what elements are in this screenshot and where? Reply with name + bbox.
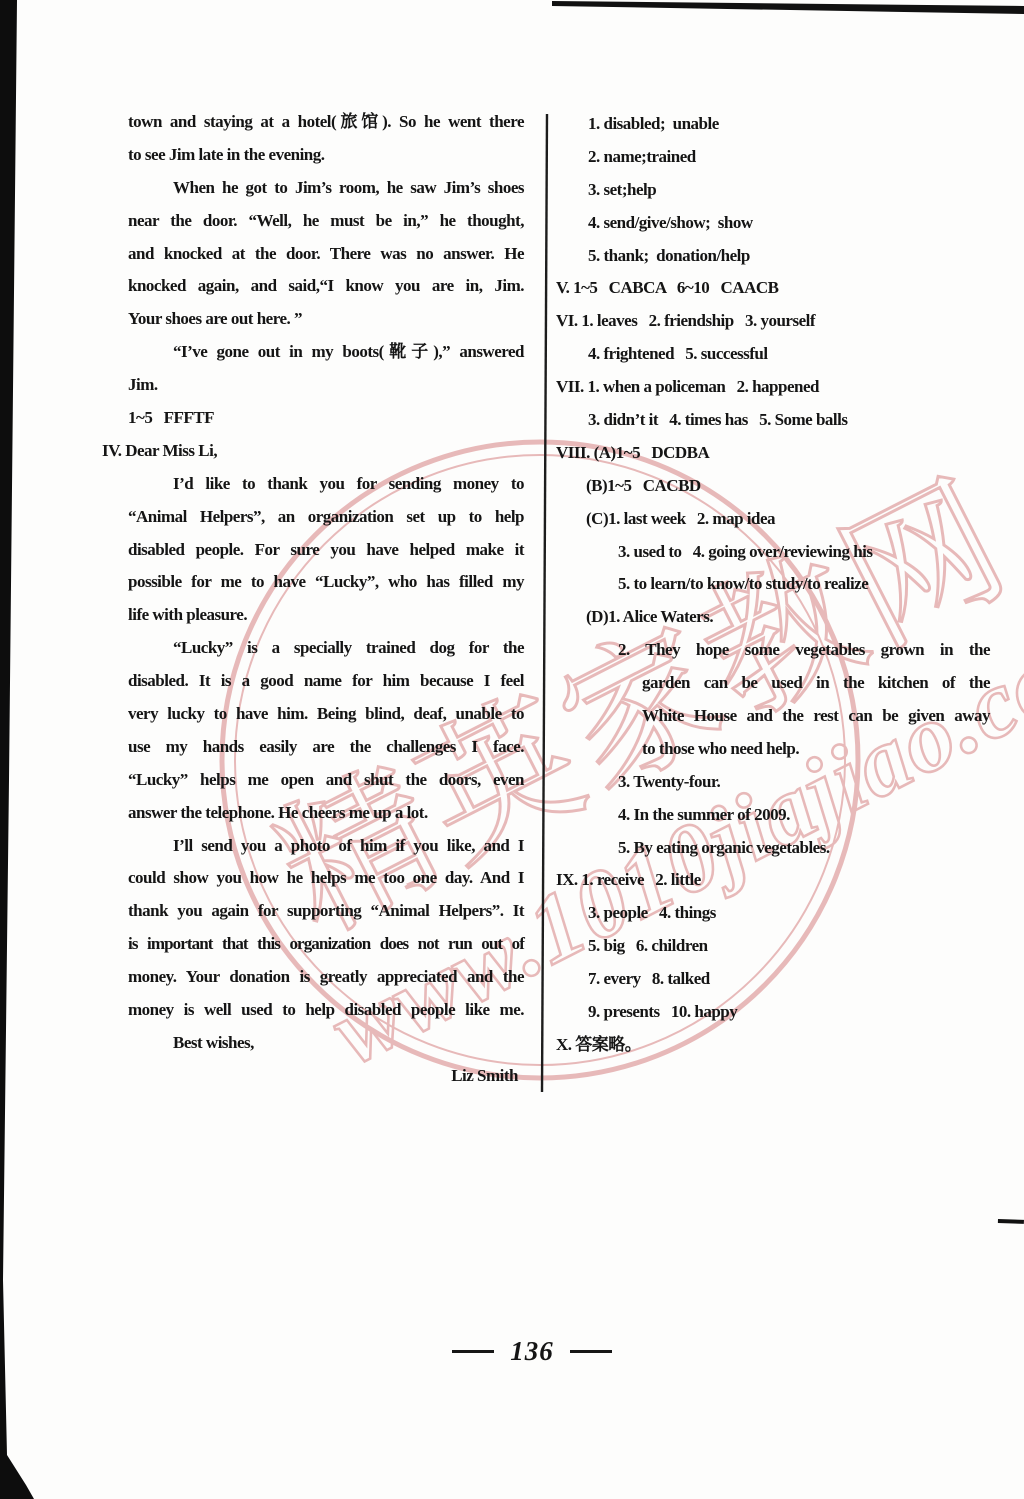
text-line: (D)1. Alice Waters. <box>556 601 990 634</box>
text-line: “I’ve gone out in my boots(靴子),” answere… <box>128 336 524 369</box>
text-line: Best wishes, <box>128 1027 524 1060</box>
text-line: 3. set;help <box>556 174 990 207</box>
text-line: VIII. (A)1~5 DCDBA <box>556 437 990 470</box>
text-line: 4. In the summer of 2009. <box>556 799 990 832</box>
text-line: IX. 1. receive 2. little <box>556 864 990 897</box>
text-line: 2. name;trained <box>556 141 990 174</box>
text-line: money. Your donation is greatly apprecia… <box>128 961 524 994</box>
text-line: 7. every 8. talked <box>556 963 990 996</box>
text-line: near the door. “Well, he must be in,” he… <box>128 205 524 238</box>
text-line: “Lucky” helps me open and shut the doors… <box>128 764 524 797</box>
text-line: V. 1~5 CABCA 6~10 CAACB <box>556 272 990 305</box>
text-line: 4. frightened 5. successful <box>556 338 990 371</box>
text-line: (C)1. last week 2. map idea <box>556 503 990 536</box>
column-divider <box>542 114 547 1092</box>
text-line: 3. Twenty-four. <box>556 766 990 799</box>
text-line: X. 答案略。 <box>556 1029 990 1062</box>
text-line: could show you how he helps me too one d… <box>128 862 524 895</box>
text-line: to those who need help. <box>556 733 990 766</box>
text-line: 2. They hope some vegetables grown in th… <box>556 634 990 667</box>
text-line: town and staying at a hotel(旅馆). So he w… <box>128 106 524 139</box>
text-line: IV. Dear Miss Li, <box>102 435 524 468</box>
text-line: 5. thank; donation/help <box>556 240 990 273</box>
text-line: thank you again for supporting “Animal H… <box>128 895 524 928</box>
top-edge-line <box>552 1 1024 14</box>
text-line: life with pleasure. <box>128 599 524 632</box>
text-line: money is well used to help disabled peop… <box>128 994 524 1027</box>
text-line: VII. 1. when a policeman 2. happened <box>556 371 990 404</box>
text-line: I’ll send you a photo of him if you like… <box>128 830 524 863</box>
text-line: disabled people. For sure you have helpe… <box>128 534 524 567</box>
text-line: Liz Smith <box>128 1060 524 1093</box>
text-line: I’d like to thank you for sending money … <box>128 468 524 501</box>
text-line: disabled. It is a good name for him beca… <box>128 665 524 698</box>
left-gutter-shadow <box>0 0 34 1499</box>
text-line: and knocked at the door. There was no an… <box>128 238 524 271</box>
text-line: use my hands easily are the challenges I… <box>128 731 524 764</box>
text-line: 9. presents 10. happy <box>556 996 990 1029</box>
text-line: knocked again, and said,“I know you are … <box>128 270 524 303</box>
text-line: 5. to learn/to know/to study/to realize <box>556 568 990 601</box>
scanned-page: 精英家教网 www.1010jiajiao.com town and stayi… <box>0 0 1024 1499</box>
text-line: 5. By eating organic vegetables. <box>556 832 990 865</box>
text-line: “Animal Helpers”, an organization set up… <box>128 501 524 534</box>
text-line: is important that this organization does… <box>128 928 524 961</box>
page-number-dash-right <box>570 1350 612 1353</box>
text-line: Jim. <box>128 369 524 402</box>
right-margin-dash <box>998 1219 1024 1224</box>
text-line: VI. 1. leaves 2. friendship 3. yourself <box>556 305 990 338</box>
text-line: Your shoes are out here. ” <box>128 303 524 336</box>
text-line: possible for me to have “Lucky”, who has… <box>128 566 524 599</box>
right-column: 1. disabled; unable2. name;trained3. set… <box>556 108 990 1062</box>
text-line: answer the telephone. He cheers me up a … <box>128 797 524 830</box>
text-line: “Lucky” is a specially trained dog for t… <box>128 632 524 665</box>
text-line: When he got to Jim’s room, he saw Jim’s … <box>128 172 524 205</box>
text-line: 3. people 4. things <box>556 897 990 930</box>
text-line: 3. used to 4. going over/reviewing his <box>556 536 990 569</box>
text-line: to see Jim late in the evening. <box>128 139 524 172</box>
text-line: very lucky to have him. Being blind, dea… <box>128 698 524 731</box>
text-line: 5. big 6. children <box>556 930 990 963</box>
text-line: (B)1~5 CACBD <box>556 470 990 503</box>
text-line: 1. disabled; unable <box>556 108 990 141</box>
page-number-value: 136 <box>510 1336 554 1366</box>
text-line: 4. send/give/show; show <box>556 207 990 240</box>
text-line: 3. didn’t it 4. times has 5. Some balls <box>556 404 990 437</box>
text-line: White House and the rest can be given aw… <box>556 700 990 733</box>
page-number-dash-left <box>452 1350 494 1353</box>
text-line: garden can be used in the kitchen of the <box>556 667 990 700</box>
page-number: 136 <box>412 1336 652 1367</box>
text-line: 1~5 FFFTF <box>128 402 524 435</box>
left-column: town and staying at a hotel(旅馆). So he w… <box>128 106 524 1093</box>
